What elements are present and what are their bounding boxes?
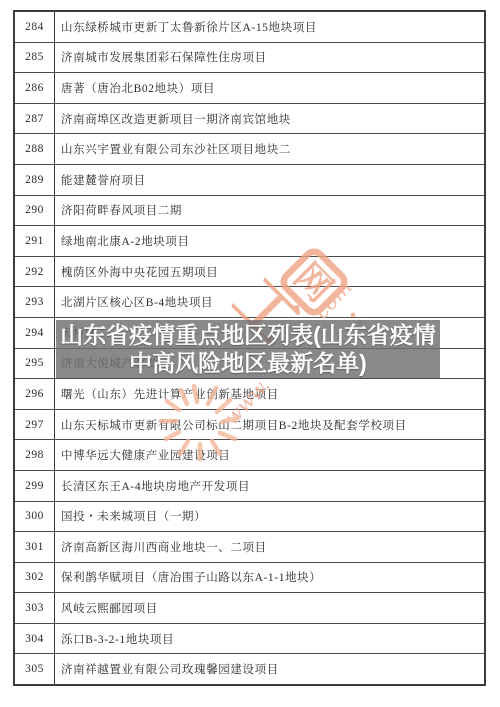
project-name-cell: 山东兴宇置业有限公司东沙社区项目地块二 [55, 134, 484, 164]
table-row: 287 济南商埠区改造更新项目一期济南宾馆地块 [15, 103, 484, 134]
page: 284 山东绿桥城市更新丁太鲁新徐片区A-15地块项目 285 济南城市发展集团… [0, 0, 500, 707]
table-row: 296 曙光（山东）先进计算产业创新基地项目 [15, 378, 484, 409]
row-number-cell: 296 [15, 379, 55, 409]
row-number-cell: 286 [15, 73, 55, 103]
project-name-cell: 保利鹊华赋项目（唐冶围子山路以东A-1-1地块） [55, 563, 484, 593]
row-number-cell: 287 [15, 104, 55, 134]
row-number-cell: 288 [15, 134, 55, 164]
row-number-cell: 293 [15, 287, 55, 317]
table-row: 301 济南高新区海川西商业地块一、二项目 [15, 531, 484, 562]
project-name-cell: 能建麓誉府项目 [55, 165, 484, 195]
row-number-cell: 285 [15, 43, 55, 73]
table-row: 290 济阳荷畔春风项目二期 [15, 195, 484, 226]
project-name-cell: 唐著（唐冶北B02地块）项目 [55, 73, 484, 103]
project-name-cell: 曙光（山东）先进计算产业创新基地项目 [55, 379, 484, 409]
row-number-cell: 289 [15, 165, 55, 195]
row-number-cell: 292 [15, 257, 55, 287]
table-row: 291 绿地南北康A-2地块项目 [15, 225, 484, 256]
project-name-cell: 山东天标城市更新有限公司标山二期项目B-2地块及配套学校项目 [55, 410, 484, 440]
row-number-cell: 297 [15, 410, 55, 440]
project-name-cell: 济南祥越置业有限公司玫瑰馨园建设项目 [55, 654, 484, 684]
project-name-cell: 国投・未来城项目（一期） [55, 502, 484, 532]
table-row: 289 能建麓誉府项目 [15, 164, 484, 195]
table-row: 288 山东兴宇置业有限公司东沙社区项目地块二 [15, 133, 484, 164]
row-number-cell: 303 [15, 593, 55, 623]
project-name-cell: 北湖片区核心区B-4地块项目 [55, 287, 484, 317]
table-row: 297 山东天标城市更新有限公司标山二期项目B-2地块及配套学校项目 [15, 409, 484, 440]
project-name-cell: 风岐云熙郦园项目 [55, 593, 484, 623]
table-row: 298 中博华远大健康产业园建设项目 [15, 439, 484, 470]
project-name-cell: 济南城市发展集团彩石保障性住房项目 [55, 43, 484, 73]
project-name-cell: 泺口B-3-2-1地块项目 [55, 624, 484, 654]
table-row: 300 国投・未来城项目（一期） [15, 501, 484, 532]
table-row: 299 长清区东王A-4地块房地产开发项目 [15, 470, 484, 501]
project-name-cell: 中博华远大健康产业园建设项目 [55, 440, 484, 470]
overlay-title-banner: 山东省疫情重点地区列表(山东省疫情 中高风险地区最新名单) [56, 320, 440, 378]
row-number-cell: 301 [15, 532, 55, 562]
overlay-title-line1: 山东省疫情重点地区列表(山东省疫情 [60, 321, 436, 349]
table-row: 286 唐著（唐冶北B02地块）项目 [15, 72, 484, 103]
row-number-cell: 299 [15, 471, 55, 501]
row-number-cell: 291 [15, 226, 55, 256]
project-name-cell: 济阳荷畔春风项目二期 [55, 196, 484, 226]
table-row: 284 山东绿桥城市更新丁太鲁新徐片区A-15地块项目 [15, 12, 484, 42]
row-number-cell: 290 [15, 196, 55, 226]
row-number-cell: 305 [15, 654, 55, 684]
overlay-title-line2: 中高风险地区最新名单) [129, 349, 367, 377]
table-row: 304 泺口B-3-2-1地块项目 [15, 623, 484, 654]
row-number-cell: 300 [15, 502, 55, 532]
table-row: 285 济南城市发展集团彩石保障性住房项目 [15, 42, 484, 73]
table-row: 293 北湖片区核心区B-4地块项目 [15, 286, 484, 317]
row-number-cell: 284 [15, 12, 55, 42]
row-number-cell: 294 [15, 318, 55, 348]
project-name-cell: 济南高新区海川西商业地块一、二项目 [55, 532, 484, 562]
project-name-cell: 济南商埠区改造更新项目一期济南宾馆地块 [55, 104, 484, 134]
row-number-cell: 298 [15, 440, 55, 470]
project-name-cell: 山东绿桥城市更新丁太鲁新徐片区A-15地块项目 [55, 12, 484, 42]
row-number-cell: 302 [15, 563, 55, 593]
project-name-cell: 长清区东王A-4地块房地产开发项目 [55, 471, 484, 501]
project-name-cell: 绿地南北康A-2地块项目 [55, 226, 484, 256]
row-number-cell: 304 [15, 624, 55, 654]
row-number-cell: 295 [15, 349, 55, 379]
table-row: 302 保利鹊华赋项目（唐冶围子山路以东A-1-1地块） [15, 562, 484, 593]
table-row: 305 济南祥越置业有限公司玫瑰馨园建设项目 [15, 653, 484, 684]
table-row: 303 风岐云熙郦园项目 [15, 592, 484, 623]
table-row: 292 槐荫区外海中央花园五期项目 [15, 256, 484, 287]
project-name-cell: 槐荫区外海中央花园五期项目 [55, 257, 484, 287]
